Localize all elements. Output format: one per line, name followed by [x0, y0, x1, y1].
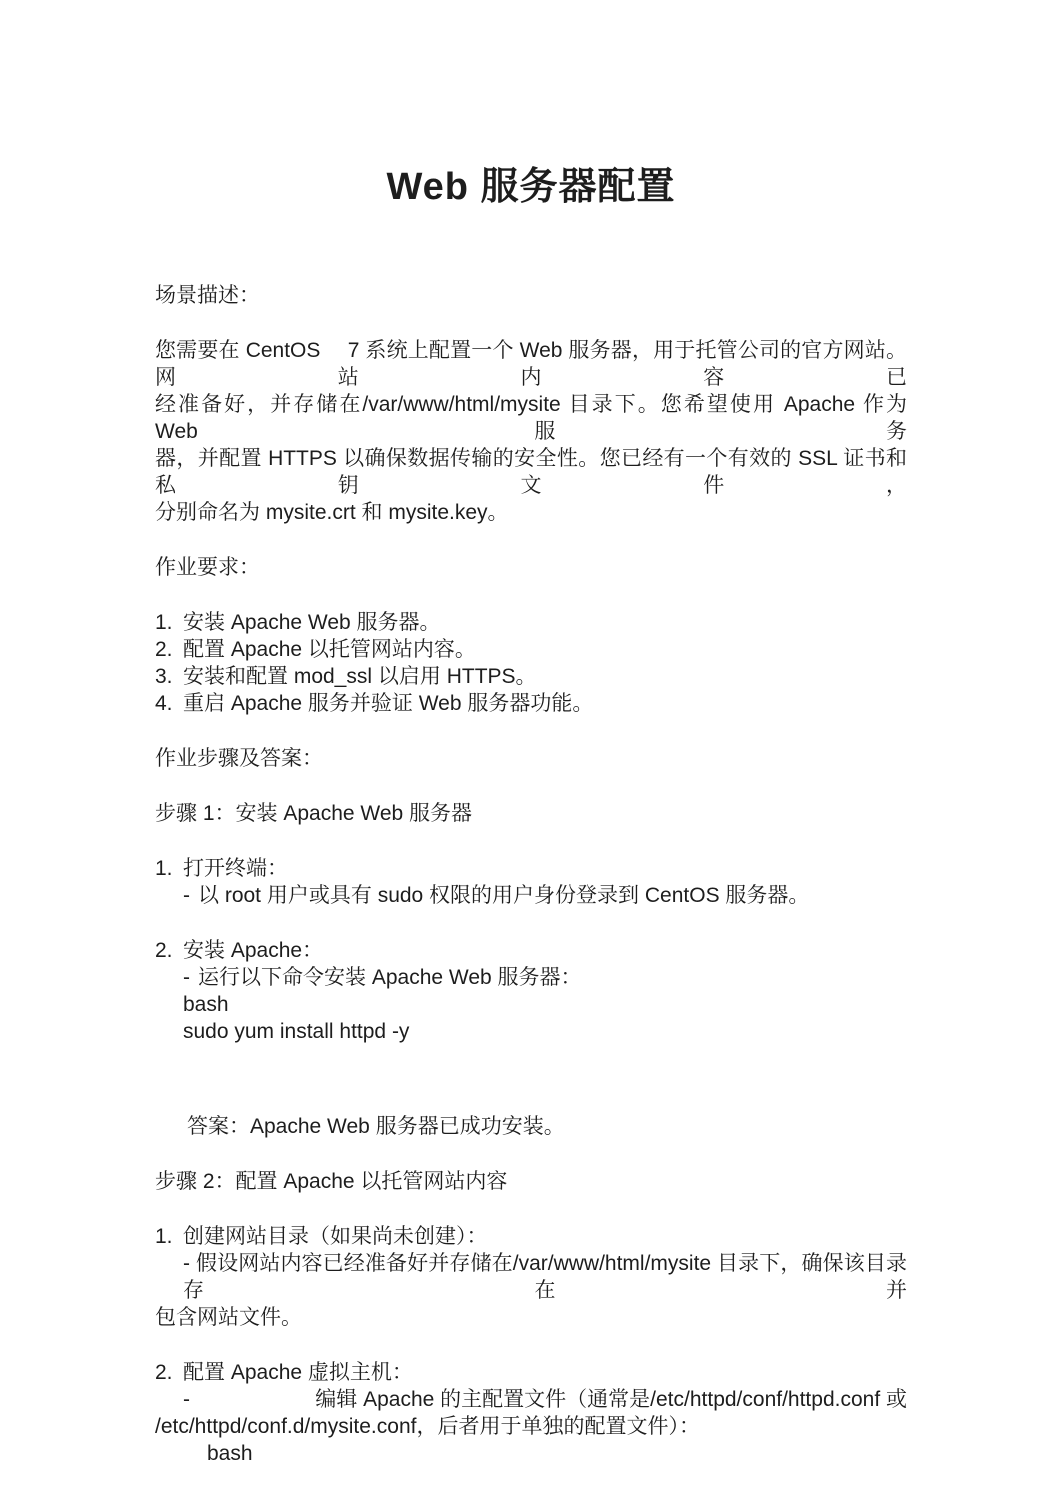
list-item: 2. 安装 Apache：: [155, 937, 907, 964]
list-item-text: 打开终端：: [183, 855, 907, 882]
code-command: sudo yum install httpd -y: [183, 1018, 907, 1045]
step2-item1: 1. 创建网站目录（如果尚未创建）： - 假设网站内容已经准备好并存储在/var…: [155, 1223, 907, 1331]
step2-heading: 步骤 2：配置 Apache 以托管网站内容: [155, 1168, 907, 1195]
list-item-text: 安装 Apache Web 服务器。: [183, 609, 907, 636]
step1-heading: 步骤 1：安装 Apache Web 服务器: [155, 800, 907, 827]
sub-bullet-text: 运行以下命令安装 Apache Web 服务器：: [198, 964, 582, 991]
page-title: Web 服务器配置: [155, 162, 907, 212]
dash-bullet: -: [183, 1386, 190, 1413]
sub-bullet-text: 编辑 Apache 的主配置文件（通常是/etc/httpd/conf/http…: [315, 1386, 907, 1413]
sub-bullet: - 以 root 用户或具有 sudo 权限的用户身份登录到 CentOS 服务…: [183, 882, 907, 909]
sub-bullet-text: 以 root 用户或具有 sudo 权限的用户身份登录到 CentOS 服务器。: [198, 882, 809, 909]
list-item-text: 安装和配置 mod_ssl 以启用 HTTPS。: [183, 663, 907, 690]
list-item-text: 配置 Apache 虚拟主机：: [183, 1359, 907, 1386]
list-item-number: 1.: [155, 855, 183, 882]
list-item-text: 配置 Apache 以托管网站内容。: [183, 636, 907, 663]
scenario-line-3: 器，并配置 HTTPS 以确保数据传输的安全性。您已经有一个有效的 SSL 证书…: [155, 445, 907, 499]
list-item: 1. 安装 Apache Web 服务器。: [155, 609, 907, 636]
scenario-line-2: 经准备好，并存储在/var/www/html/mysite 目录下。您希望使用 …: [155, 391, 907, 445]
sub-bullet: - 编辑 Apache 的主配置文件（通常是/etc/httpd/conf/ht…: [183, 1386, 907, 1413]
list-item: 2. 配置 Apache 虚拟主机：: [155, 1359, 907, 1386]
sub-bullet: - 假设网站内容已经准备好并存储在/var/www/html/mysite 目录…: [183, 1250, 907, 1304]
step2-item2: 2. 配置 Apache 虚拟主机： - 编辑 Apache 的主配置文件（通常…: [155, 1359, 907, 1467]
list-item-text: 创建网站目录（如果尚未创建）：: [183, 1223, 907, 1250]
list-item-number: 1.: [155, 609, 183, 636]
scenario-heading: 场景描述：: [155, 282, 907, 309]
sub-bullet-text: 假设网站内容已经准备好并存储在/var/www/html/mysite 目录下，…: [183, 1252, 907, 1302]
scenario-line-1: 您需要在 CentOS 7 系统上配置一个 Web 服务器，用于托管公司的官方网…: [155, 337, 907, 391]
list-item-text: 重启 Apache 服务并验证 Web 服务器功能。: [183, 690, 907, 717]
dash-bullet: -: [183, 1252, 190, 1275]
list-item: 1. 打开终端：: [155, 855, 907, 882]
step1-answer: 答案：Apache Web 服务器已成功安装。: [187, 1113, 907, 1140]
sub-bullet: - 运行以下命令安装 Apache Web 服务器：: [183, 964, 907, 991]
list-item: 3. 安装和配置 mod_ssl 以启用 HTTPS。: [155, 663, 907, 690]
list-item-number: 2.: [155, 1359, 183, 1386]
list-item-text: 安装 Apache：: [183, 937, 907, 964]
list-item-number: 4.: [155, 690, 183, 717]
sub-bullet-continuation: 包含网站文件。: [155, 1304, 907, 1331]
step1-item1: 1. 打开终端： - 以 root 用户或具有 sudo 权限的用户身份登录到 …: [155, 855, 907, 909]
scenario-paragraph: 您需要在 CentOS 7 系统上配置一个 Web 服务器，用于托管公司的官方网…: [155, 337, 907, 526]
scenario-line-4: 分别命名为 mysite.crt 和 mysite.key。: [155, 499, 907, 526]
list-item: 4. 重启 Apache 服务并验证 Web 服务器功能。: [155, 690, 907, 717]
sub-bullet-continuation: /etc/httpd/conf.d/mysite.conf，后者用于单独的配置文…: [155, 1413, 907, 1440]
code-language-label: bash: [207, 1440, 907, 1467]
dash-bullet: -: [183, 882, 198, 909]
code-language-label: bash: [183, 991, 907, 1018]
steps-answers-heading: 作业步骤及答案：: [155, 745, 907, 772]
dash-bullet: -: [183, 964, 198, 991]
list-item: 1. 创建网站目录（如果尚未创建）：: [155, 1223, 907, 1250]
list-item-number: 3.: [155, 663, 183, 690]
requirements-heading: 作业要求：: [155, 554, 907, 581]
document-page: Web 服务器配置 场景描述： 您需要在 CentOS 7 系统上配置一个 We…: [0, 0, 1059, 1497]
step1-item2: 2. 安装 Apache： - 运行以下命令安装 Apache Web 服务器：…: [155, 937, 907, 1045]
requirements-list: 1. 安装 Apache Web 服务器。 2. 配置 Apache 以托管网站…: [155, 609, 907, 717]
list-item: 2. 配置 Apache 以托管网站内容。: [155, 636, 907, 663]
list-item-number: 2.: [155, 937, 183, 964]
list-item-number: 2.: [155, 636, 183, 663]
list-item-number: 1.: [155, 1223, 183, 1250]
